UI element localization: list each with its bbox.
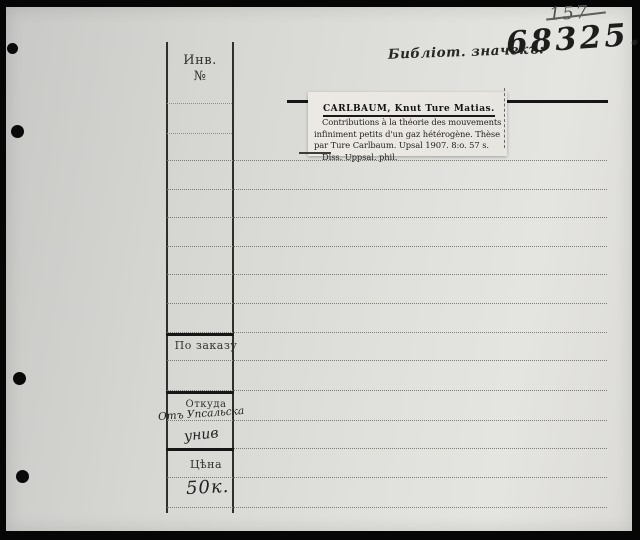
entry-line: Contributions à la théorie des mouvement… [314, 117, 501, 129]
section-divider [166, 448, 234, 451]
slip-edge-dashed-line [504, 88, 505, 148]
scanned-catalog-card-page: 157 Библіот. значекъ: 68325. Инв. № [0, 0, 640, 540]
inventory-label-line2: № [166, 69, 234, 84]
order-section-label: По заказу [172, 339, 240, 352]
underline-mark [299, 152, 331, 154]
punch-hole [16, 470, 29, 483]
column-line-left [166, 42, 168, 513]
section-divider [166, 333, 234, 336]
price-section-label: Цѣна [172, 458, 240, 471]
section-divider [166, 391, 234, 394]
origin-handwriting-line2: унив [183, 425, 219, 445]
dotted-rule [167, 507, 607, 508]
catalog-card: 157 Библіот. значекъ: 68325. Инв. № [6, 7, 632, 531]
library-mark-number: 68325. [505, 16, 640, 61]
dotted-rule [167, 303, 607, 304]
entry-heading: CARLBAUM, Knut Ture Matias. [323, 104, 495, 117]
punch-hole [7, 43, 18, 54]
dotted-rule [167, 360, 607, 361]
punch-hole [13, 372, 26, 385]
entry-line: infiniment petits d'un gaz hétérogène. T… [314, 129, 501, 141]
dotted-rule [167, 189, 607, 190]
column-line-right [232, 42, 234, 513]
dotted-rule [167, 133, 232, 134]
dotted-rule [167, 420, 607, 421]
entry-line: par Ture Carlbaum. Upsal 1907. 8:o. 57 s… [314, 140, 501, 152]
dotted-rule [167, 246, 607, 247]
inventory-label-line1: Инв. [166, 53, 234, 68]
punch-hole [11, 125, 24, 138]
heavy-rule-right [499, 100, 608, 103]
dotted-rule [167, 274, 607, 275]
dotted-rule [167, 103, 232, 104]
price-handwritten-value: 50к. [185, 476, 229, 499]
dotted-rule [167, 477, 607, 478]
dotted-rule [167, 217, 607, 218]
entry-line: Diss. Uppsal. phil. [314, 152, 501, 164]
entry-slip: CARLBAUM, Knut Ture Matias. Contribution… [308, 92, 507, 156]
